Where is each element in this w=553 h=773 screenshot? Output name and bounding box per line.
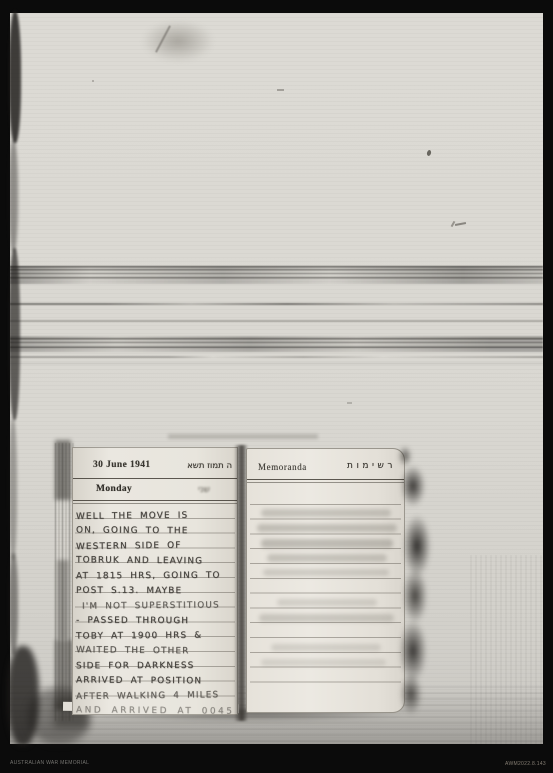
toner-smudge-left-edge [9,11,21,143]
ghost-marks [261,659,386,666]
header-rule [247,482,404,483]
toner-smudge-left-edge [9,248,20,420]
smudge-mark [138,16,218,72]
toner-smudge-left-edge [9,418,17,560]
memoranda-page: Memoranda רשימות [246,448,405,713]
diary-entry-line: ON, GOING TO THE [76,523,236,539]
ghost-marks [271,644,381,651]
scan-line [10,356,543,358]
smudge-mark [168,434,318,439]
item-id-watermark: AWM2022.8.143 [505,761,546,767]
toner-blotch-right-edge [393,446,439,716]
hebrew-day-label: שני [198,485,210,495]
scan-line [10,303,543,305]
ghost-marks [259,614,394,622]
toner-smudge-left-edge [9,553,18,655]
hebrew-memoranda-title: רשימות [347,461,396,471]
handwritten-entry: WELL THE MOVE IS ON, GOING TO THE WESTER… [76,507,236,719]
ghost-marks [277,599,377,606]
diary-entry-line: POST S.13. MAYBE [76,584,236,600]
diary-entry-line: WAITED THE OTHER [76,643,236,660]
page-stack-edge [57,560,69,640]
ghost-marks [263,569,389,576]
archive-watermark: AUSTRALIAN WAR MEMORIAL [10,760,89,766]
memoranda-title: Memoranda [258,462,307,472]
diary-entry-line: AFTER WALKING 4 MILES [76,688,236,705]
diary-entry-line: SIDE FOR DARKNESS [76,659,236,675]
header-rule [73,478,237,479]
diary-entry-line: AND ARRIVED AT 0045 [76,703,236,719]
dust-speck [277,89,284,91]
scan-band [10,336,543,352]
header-rule [247,479,404,480]
diary-entry-line: I'M NOT SUPERSTITIOUS [76,598,236,614]
page-stack-edge [55,440,71,500]
dust-speck [347,402,352,404]
dust-speck [92,80,94,82]
ghost-marks [261,539,393,548]
ghost-marks [257,524,397,532]
diary-entry-line: - PASSED THROUGH [76,614,236,630]
toner-smudge-left-edge [9,140,18,252]
diary-entry-line: ARRIVED AT POSITION [76,673,236,689]
header-rule [73,500,237,501]
diary-book: 30 June 1941 ה תמוז תשא Monday שני WELL … [55,440,447,726]
hebrew-date-label: ה תמוז תשא [187,461,232,471]
day-label: Monday [96,484,132,494]
diary-entry-line: AT 1815 HRS, GOING TO [76,569,236,585]
scan-band [10,266,543,284]
date-label: 30 June 1941 [93,460,151,470]
diary-entry-line: TOBRUK AND LEAVING [76,553,236,569]
ghost-marks [261,509,391,517]
scan-line [10,320,543,322]
diary-left-page: 30 June 1941 ה תמוז תשא Monday שני WELL … [72,447,238,715]
diary-entry-line: WELL THE MOVE IS [76,508,236,525]
ghost-marks [267,554,387,562]
scan-line [10,363,543,364]
page-stack-edge [55,640,73,710]
diary-entry-line: TOBY AT 1900 HRS & [76,628,236,644]
photo-frame: 30 June 1941 ה תמוז תשא Monday שני WELL … [0,0,553,773]
